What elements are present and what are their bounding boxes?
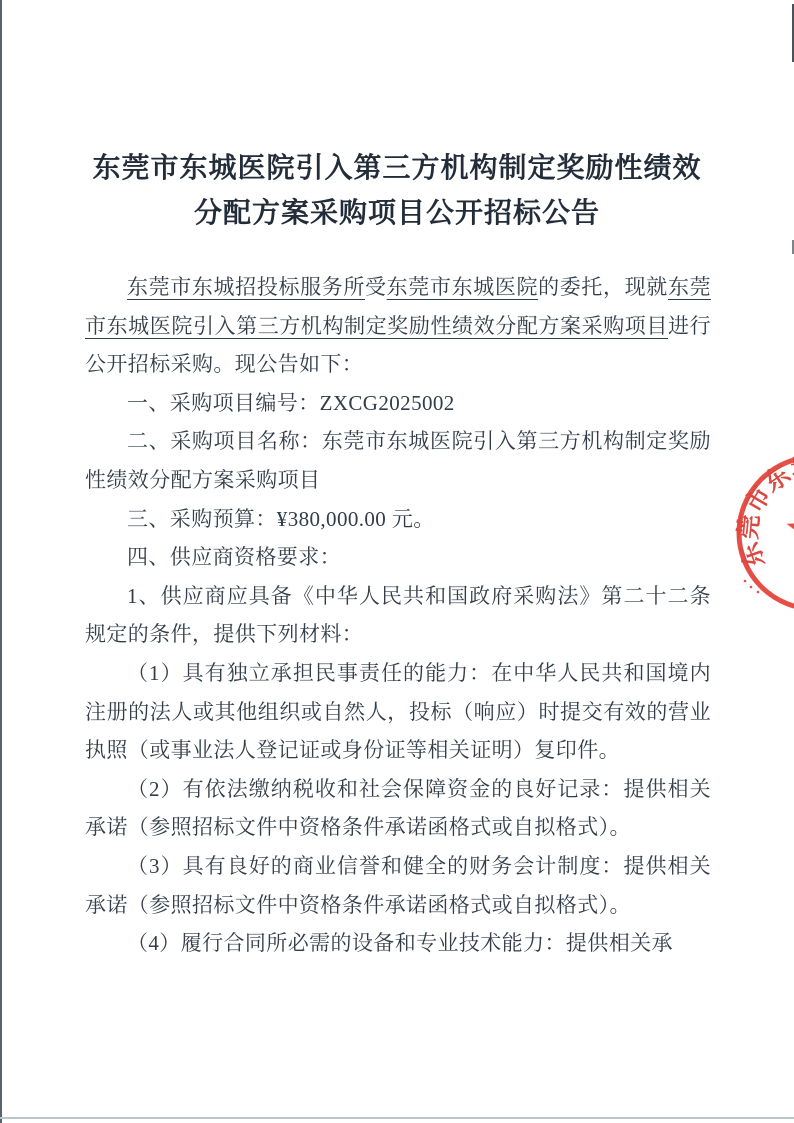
underlined-text: 东莞市东城医院 [387,275,538,299]
text-run: 四、供应商资格要求： [127,545,341,569]
seal-speck [750,586,753,589]
official-seal: 东莞市东城医院 [715,433,794,643]
document-title-line-1: 东莞市东城医院引入第三方机构制定奖励性绩效 [0,146,794,191]
text-run: 1、供应商应具备《中华人民共和国政府采购法》第二十二条规定的条件，提供下列材料： [85,584,711,647]
paragraph: 三、采购预算：¥380,000.00 元。 [85,500,711,539]
paragraph: （3）具有良好的商业信誉和健全的财务会计制度：提供相关承诺（参照招标文件中资格条… [85,847,711,924]
text-run: 三、采购预算：¥380,000.00 元。 [127,507,435,531]
text-run: 受 [365,275,387,299]
scanned-document-page: 东莞市东城医院引入第三方机构制定奖励性绩效 分配方案采购项目公开招标公告 东莞市… [0,0,794,1123]
seal-speck [757,591,760,594]
scan-edge-bottom [0,1117,794,1119]
paragraph: 四、供应商资格要求： [85,538,711,577]
paragraph: 一、采购项目编号：ZXCG2025002 [85,384,711,423]
text-run: （1）具有独立承担民事责任的能力：在中华人民共和国境内注册的法人或其他组织或自然… [85,661,711,762]
paragraph: （4）履行合同所必需的设备和专业技术能力：提供相关承 [85,924,711,963]
document-title-line-2: 分配方案采购项目公开招标公告 [0,191,794,236]
document-title: 东莞市东城医院引入第三方机构制定奖励性绩效 分配方案采购项目公开招标公告 [0,146,794,236]
paragraph: （2）有依法缴纳税收和社会保障资金的良好记录：提供相关承诺（参照招标文件中资格条… [85,770,711,847]
text-run: （3）具有良好的商业信誉和健全的财务会计制度：提供相关承诺（参照招标文件中资格条… [85,854,711,917]
paragraph: （1）具有独立承担民事责任的能力：在中华人民共和国境内注册的法人或其他组织或自然… [85,654,711,770]
text-run: 一、采购项目编号：ZXCG2025002 [127,391,455,415]
text-run: （2）有依法缴纳税收和社会保障资金的良好记录：提供相关承诺（参照招标文件中资格条… [85,777,711,840]
paragraph: 1、供应商应具备《中华人民共和国政府采购法》第二十二条规定的条件，提供下列材料： [85,577,711,654]
text-run: 二、采购项目名称：东莞市东城医院引入第三方机构制定奖励性绩效分配方案采购项目 [85,429,711,492]
paragraph: 东莞市东城招投标服务所受东莞市东城医院的委托，现就东莞市东城医院引入第三方机构制… [85,268,711,384]
seal-star-icon [787,503,794,557]
paragraph: 二、采购项目名称：东莞市东城医院引入第三方机构制定奖励性绩效分配方案采购项目 [85,422,711,499]
underlined-text: 东莞市东城招投标服务所 [127,275,365,299]
seal-speck [744,580,747,583]
text-run: （4）履行合同所必需的设备和专业技术能力：提供相关承 [127,931,673,955]
document-body: 东莞市东城招投标服务所受东莞市东城医院的委托，现就东莞市东城医院引入第三方机构制… [85,268,711,963]
text-run: 的委托，现就 [538,275,668,299]
